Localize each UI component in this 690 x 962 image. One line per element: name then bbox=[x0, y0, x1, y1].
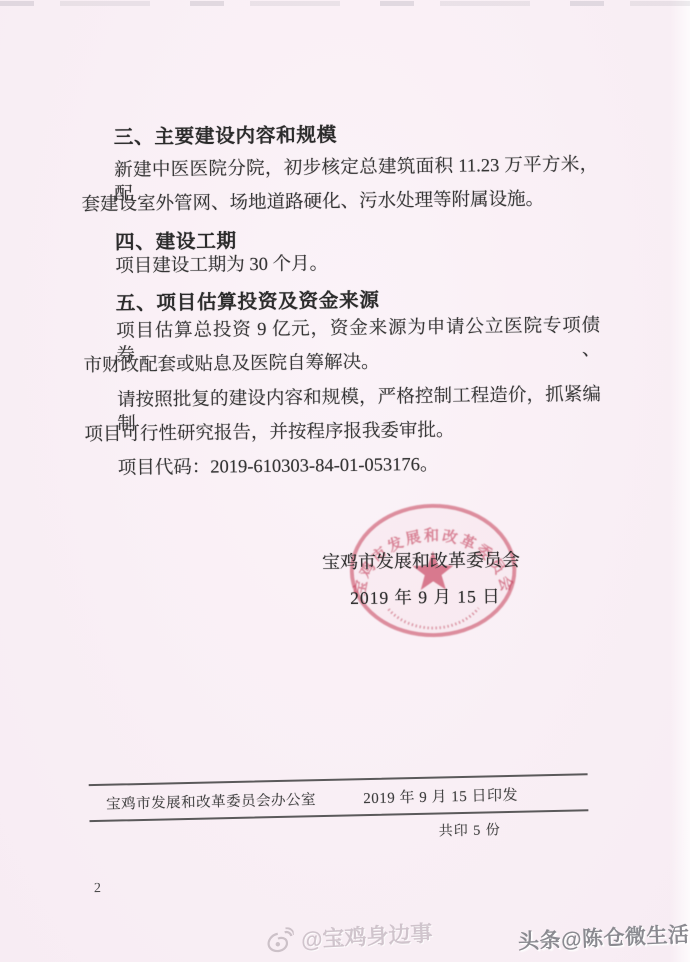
signature-org: 宝鸡市发展和改革委员会 bbox=[317, 546, 525, 575]
scanned-document-page: 三、主要建设内容和规模 新建中医医院分院，初步核定总建筑面积 11.23 万平方… bbox=[0, 0, 690, 962]
signature-date: 2019 年 9 月 15 日 bbox=[349, 583, 501, 610]
closing-line-2: 项目可行性研究报告，并按程序报我委审批。 bbox=[84, 419, 454, 448]
weibo-icon bbox=[265, 926, 294, 953]
footer-row: 宝鸡市发展和改革委员会办公室 2019 年 9 月 15 日印发 bbox=[89, 773, 589, 822]
section-4-heading: 四、建设工期 bbox=[115, 225, 237, 254]
footer-office: 宝鸡市发展和改革委员会办公室 bbox=[106, 788, 316, 814]
footer-copies: 共印 5 份 bbox=[439, 819, 501, 840]
footer-imprint: 宝鸡市发展和改革委员会办公室 2019 年 9 月 15 日印发 共印 5 份 bbox=[89, 773, 589, 822]
section-5-heading: 五、项目估算投资及资金来源 bbox=[116, 285, 380, 316]
document-content: 三、主要建设内容和规模 新建中医医院分院，初步核定总建筑面积 11.23 万平方… bbox=[0, 0, 690, 962]
page-number: 2 bbox=[94, 881, 101, 897]
section-3-heading: 三、主要建设内容和规模 bbox=[114, 119, 338, 150]
section-5-line-2: 市财政配套或贴息及医院自筹解决。 bbox=[83, 351, 379, 379]
section-3-line-2: 套建设室外管网、场地道路硬化、污水处理等附属设施。 bbox=[81, 188, 544, 218]
footer-print-date: 2019 年 9 月 15 日印发 bbox=[363, 783, 518, 807]
project-code: 项目代码：2019-610303-84-01-053176。 bbox=[118, 453, 439, 481]
section-4-line-1: 项目建设工期为 30 个月。 bbox=[115, 252, 328, 279]
